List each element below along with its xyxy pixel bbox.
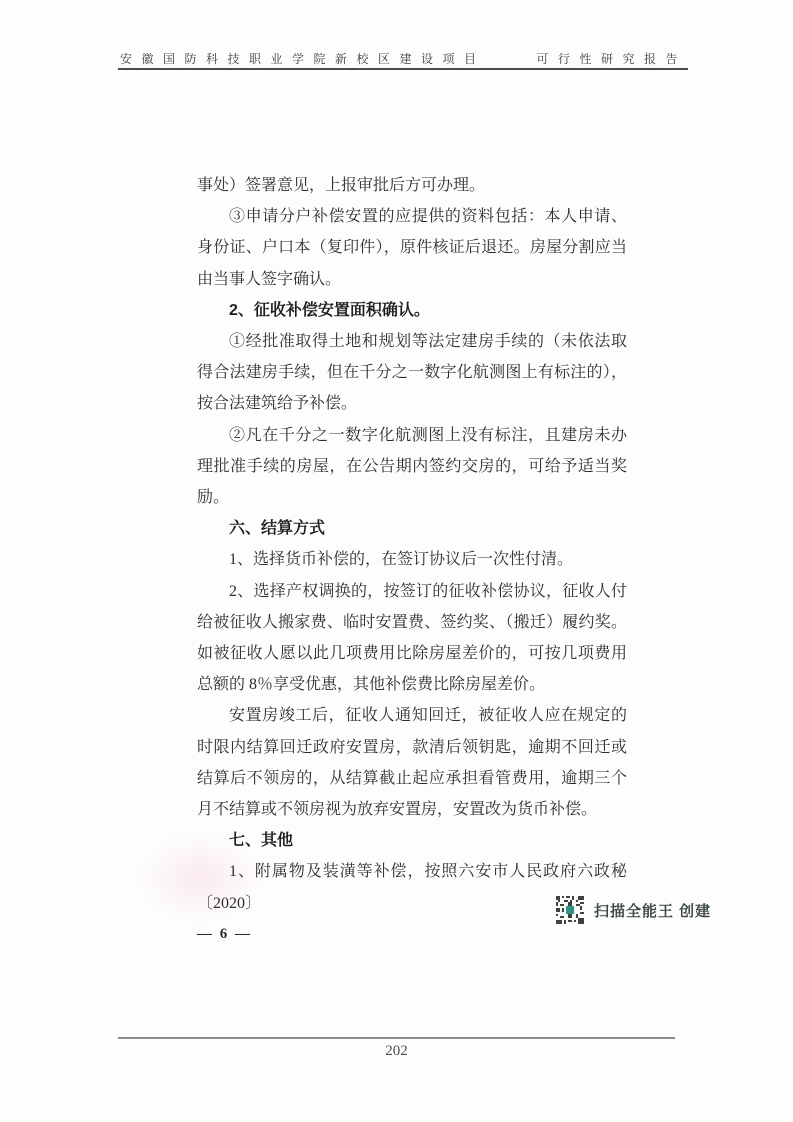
- section-heading: 七、其他: [197, 825, 627, 856]
- header-report-title: 可行性研究报告: [536, 50, 687, 67]
- camscanner-watermark: 扫描全能王 创建: [556, 896, 711, 924]
- body-paragraph: 事处）签署意见，上报审批后方可办理。: [197, 170, 627, 201]
- header-rule: [118, 68, 688, 70]
- body-paragraph: 2、选择产权调换的，按签订的征收补偿协议，征收人付给被征收人搬家费、临时安置费、…: [197, 576, 627, 701]
- footer-page-number: 202: [0, 1043, 793, 1060]
- footer-rule: [118, 1037, 675, 1039]
- header-project-title: 安徽国防科技职业学院新校区建设项目: [120, 50, 486, 67]
- body-paragraph: ①经批准取得土地和规划等法定建房手续的（未依法取得合法建房手续，但在千分之一数字…: [197, 326, 627, 420]
- body-paragraph: ③申请分户补偿安置的应提供的资料包括：本人申请、身份证、户口本（复印件），原件核…: [197, 201, 627, 295]
- body-paragraph: 安置房竣工后，征收人通知回迁，被征收人应在规定的时限内结算回迁政府安置房，款清后…: [197, 700, 627, 825]
- section-heading: 六、结算方式: [197, 513, 627, 544]
- qr-code-icon: [556, 896, 584, 924]
- section-heading: 2、征收补偿安置面积确认。: [197, 295, 627, 326]
- scanned-document-page: 安徽国防科技职业学院新校区建设项目 可行性研究报告 事处）签署意见，上报审批后方…: [0, 0, 793, 1122]
- watermark-label: 扫描全能王 创建: [594, 900, 711, 921]
- body-paragraph: 1、选择货币补偿的，在签订协议后一次性付清。: [197, 544, 627, 575]
- document-body: 事处）签署意见，上报审批后方可办理。 ③申请分户补偿安置的应提供的资料包括：本人…: [197, 170, 627, 950]
- body-paragraph: ②凡在千分之一数字化航测图上没有标注，且建房未办理批准手续的房屋，在公告期内签约…: [197, 420, 627, 514]
